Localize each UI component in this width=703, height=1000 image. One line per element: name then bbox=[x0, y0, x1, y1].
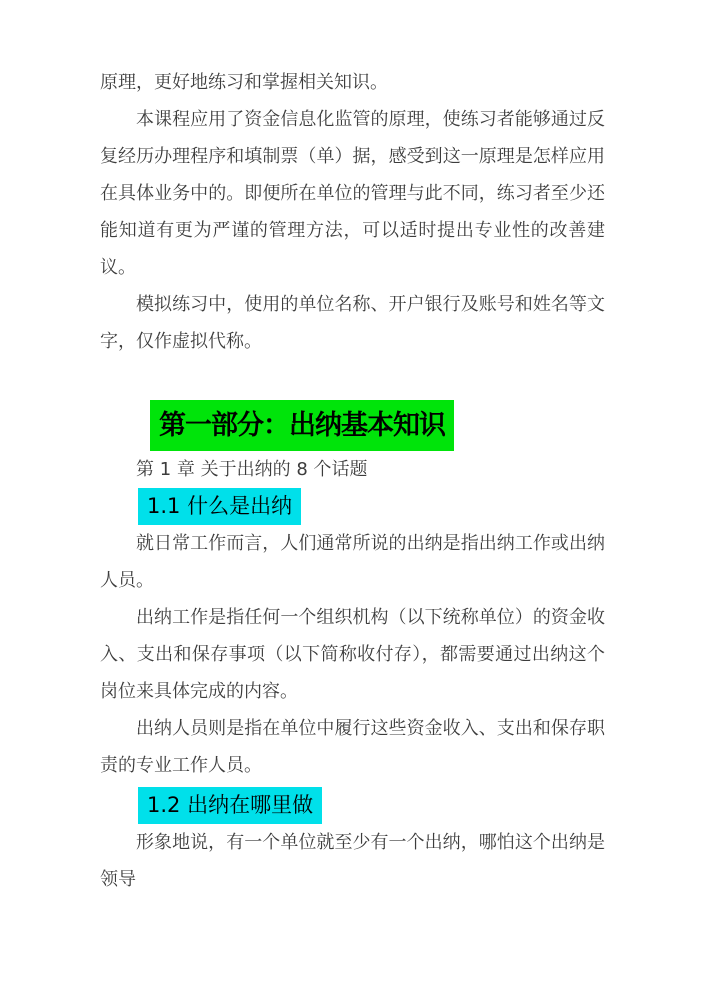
section-1-1-heading-text: 1.1 什么是出纳 bbox=[138, 488, 301, 525]
part-1-heading: 第一部分：出纳基本知识 bbox=[150, 400, 605, 451]
paragraph-figurative: 形象地说，有一个单位就至少有一个出纳，哪怕这个出纳是领导 bbox=[100, 824, 605, 898]
chapter-1-heading: 第 1 章 关于出纳的 8 个话题 bbox=[100, 451, 605, 488]
section-1-2-heading: 1.2 出纳在哪里做 bbox=[138, 787, 605, 824]
paragraph-cashier-person-definition: 出纳人员则是指在单位中履行这些资金收入、支出和保存职责的专业工作人员。 bbox=[100, 710, 605, 784]
paragraph-intro-tail: 原理，更好地练习和掌握相关知识。 bbox=[100, 64, 605, 101]
paragraph-daily-meaning: 就日常工作而言，人们通常所说的出纳是指出纳工作或出纳人员。 bbox=[100, 525, 605, 599]
section-1-1-heading: 1.1 什么是出纳 bbox=[138, 488, 605, 525]
part-1-heading-text: 第一部分：出纳基本知识 bbox=[150, 400, 454, 451]
paragraph-course-principle: 本课程应用了资金信息化监管的原理，使练习者能够通过反复经历办理程序和填制票（单）… bbox=[100, 101, 605, 286]
section-1-2-heading-text: 1.2 出纳在哪里做 bbox=[138, 787, 322, 824]
paragraph-simulation-note: 模拟练习中，使用的单位名称、开户银行及账号和姓名等文字，仅作虚拟代称。 bbox=[100, 286, 605, 360]
document-page: 原理，更好地练习和掌握相关知识。 本课程应用了资金信息化监管的原理，使练习者能够… bbox=[0, 0, 703, 1000]
paragraph-cashier-work-definition: 出纳工作是指任何一个组织机构（以下统称单位）的资金收入、支出和保存事项（以下简称… bbox=[100, 599, 605, 710]
